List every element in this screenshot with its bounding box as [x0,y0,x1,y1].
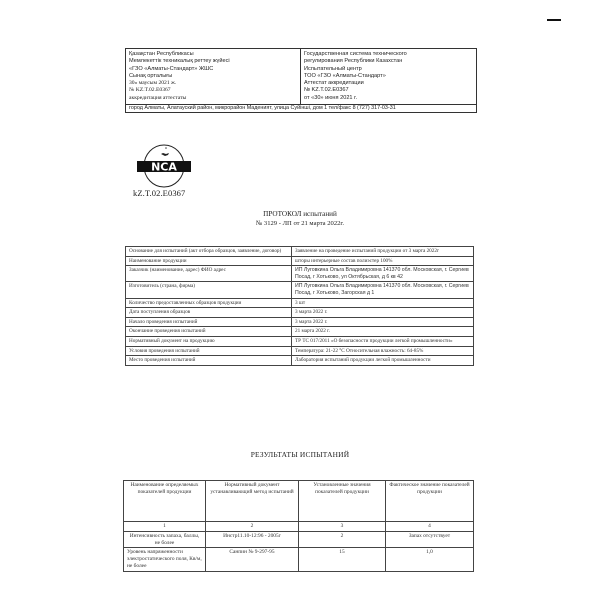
table-row: Место проведения испытанийЛаборатория ис… [126,356,474,366]
letterhead-line: «ГЗО «Алматы-Стандарт» ЖШС [129,66,297,73]
table-row: Окончание проведения испытаний21 марта 2… [126,327,474,337]
column-number: 2 [206,522,299,532]
protocol-number: № 3129 - ЛП от 21 марта 2022г. [0,220,600,227]
info-value: 3 марта 2022 г. [292,308,474,318]
letterhead-line: Аттестат аккредитации [304,80,473,87]
column-header: Нормативный документ устанавливающий мет… [206,481,299,522]
table-row: Интенсивность запаха, баллы, не более Ин… [124,531,474,548]
info-value: 3 марта 2022 г. [292,317,474,327]
info-key: Условия проведения испытаний [126,346,292,356]
info-key: Изготовитель (страна, фирма) [126,282,292,298]
info-value: 21 марта 2022 г. [292,327,474,337]
table-row: Начало проведения испытаний3 марта 2022 … [126,317,474,327]
actual-cell: Запах отсутствует [386,531,474,548]
logo-text: NCA [151,161,177,174]
letterhead-line: № KZ.T.02.E0367 [304,87,473,94]
method-cell: Инстр11.10-12:96 - 2005г [206,531,299,548]
table-row: Условия проведения испытанийТемпература:… [126,346,474,356]
info-key: Начало проведения испытаний [126,317,292,327]
column-number: 4 [386,522,474,532]
letterhead-line: Мемлекеттік техникалық реттеу жүйесі [129,58,297,65]
letterhead: Қазақстан Республикасы Мемлекеттік техни… [125,48,477,113]
column-header: Установленные значения показателей проду… [299,481,386,522]
column-number: 3 [299,522,386,532]
info-key: Окончание проведения испытаний [126,327,292,337]
indicator-cell: Интенсивность запаха, баллы, не более [124,531,206,548]
column-header: Наименование определяемых показателей пр… [124,481,206,522]
protocol-info-table: Основание для испытаний (акт отбора обра… [125,246,474,366]
method-cell: Санпин № 9-297-95 [206,548,299,571]
table-row: Количество предоставленных образцов прод… [126,298,474,308]
letterhead-line: Испытательный центр [304,66,473,73]
table-row: Нормативный документ на продукциюТР ТС 0… [126,336,474,346]
info-key: Количество предоставленных образцов прод… [126,298,292,308]
info-value: Лаборатория испытаний продукции легкой п… [292,356,474,366]
letterhead-line: № KZ.T.02.E0367 [129,87,297,94]
letterhead-line: Государственная система технического [304,51,473,58]
letterhead-russian: Государственная система технического рег… [301,49,476,104]
nca-logo: NCA [135,143,193,189]
established-cell: 2 [299,531,386,548]
info-value: ТР ТС 017/2011 «О безопасности продукции… [292,336,474,346]
letterhead-line: от «30» июня 2021 г. [304,95,473,102]
info-key: Наименование продукции [126,256,292,266]
results-table: Наименование определяемых показателей пр… [123,480,474,572]
indicator-cell: Уровень напряженности электростатическог… [124,548,206,571]
results-header-row: Наименование определяемых показателей пр… [124,481,474,522]
info-key: Основание для испытаний (акт отбора обра… [126,247,292,257]
info-value: 3 шт [292,298,474,308]
table-row: Уровень напряженности электростатическог… [124,548,474,571]
protocol-title: ПРОТОКОЛ испытаний [0,210,600,218]
info-value: Заявление на проведение испытаний продук… [292,247,474,257]
info-key: Место проведения испытаний [126,356,292,366]
column-number: 1 [124,522,206,532]
letterhead-line: ТОО «ГЗО «Алматы-Стандарт» [304,73,473,80]
info-value: ИП Луговкина Ольга Владимировна 141370 о… [292,282,474,298]
established-cell: 15 [299,548,386,571]
letterhead-kazakh: Қазақстан Республикасы Мемлекеттік техни… [126,49,301,104]
letterhead-line: аккредитация аттестаты [129,95,297,102]
info-value: шторы интерьерные состав полиэстер 100% [292,256,474,266]
letterhead-line: регулирования Республики Казахстан [304,58,473,65]
table-row: Изготовитель (страна, фирма)ИП Луговкина… [126,282,474,298]
table-row: Основание для испытаний (акт отбора обра… [126,247,474,257]
table-row: Заказчик (наименование, адрес) ФИО адрес… [126,266,474,282]
letterhead-line: 30» маусым 2021 ж. [129,80,297,87]
info-value: Температура: 21-22 °С Относительная влаж… [292,346,474,356]
letterhead-line: Сынақ орталығы [129,73,297,80]
letterhead-address: город Алматы, Алатауский район, микрорай… [126,104,476,112]
minimize-dash [547,19,561,21]
actual-cell: 1,0 [386,548,474,571]
results-number-row: 1 2 3 4 [124,522,474,532]
accreditation-code: kZ.T.02.E0367 [133,188,185,198]
column-header: Фактическое значение показателей продукц… [386,481,474,522]
info-value: ИП Луговкина Ольга Владимировна 141370 о… [292,266,474,282]
info-key: Дата поступления образцов [126,308,292,318]
info-key: Нормативный документ на продукцию [126,336,292,346]
table-row: Дата поступления образцов3 марта 2022 г. [126,308,474,318]
results-title: РЕЗУЛЬТАТЫ ИСПЫТАНИЙ [0,450,600,459]
table-row: Наименование продукциишторы интерьерные … [126,256,474,266]
info-key: Заказчик (наименование, адрес) ФИО адрес [126,266,292,282]
